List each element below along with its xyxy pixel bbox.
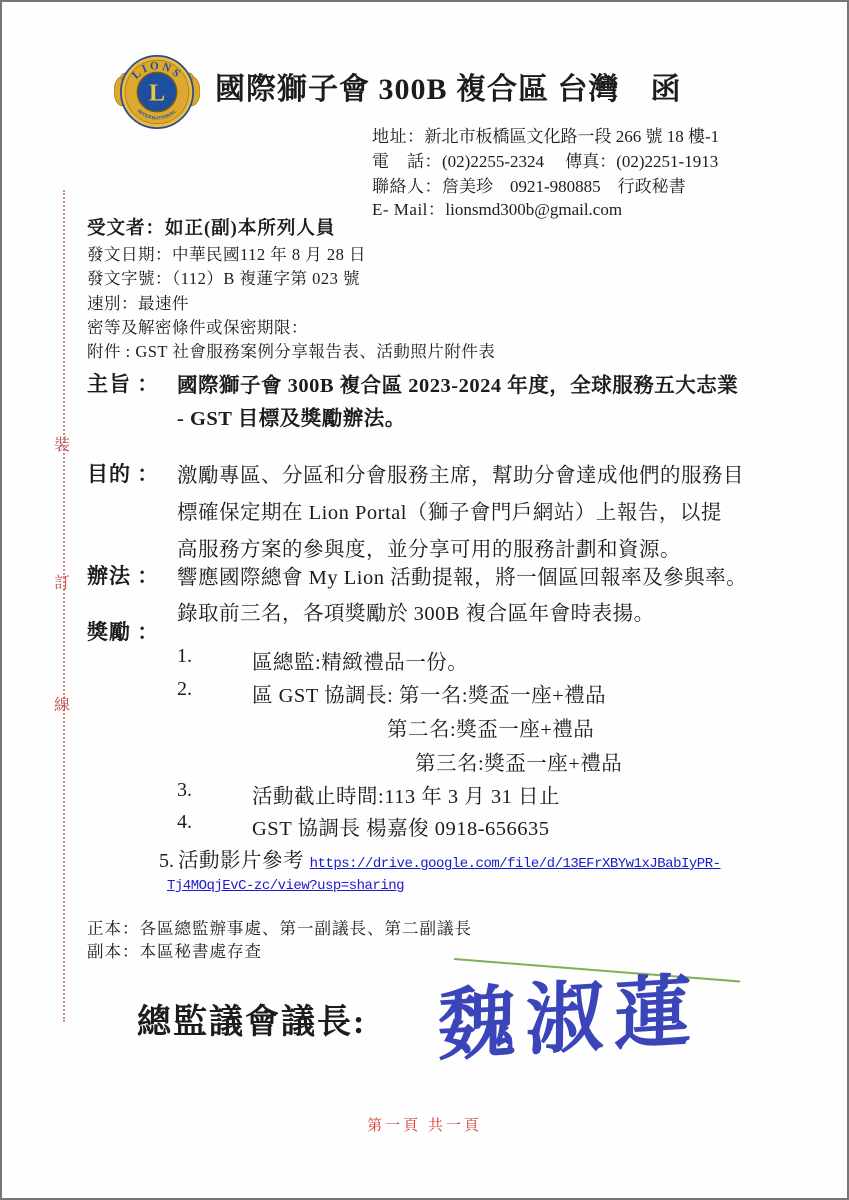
- subject-label: 主旨 ：: [87, 368, 159, 398]
- award-item-1-text: 區總監:精緻禮品一份。: [252, 645, 468, 675]
- purpose-label: 目的 ：: [87, 458, 159, 488]
- award-item-4-text: GST 協調長 楊嘉俊 0918-656635: [252, 811, 550, 841]
- method-line-2: 錄取前三名，各項獎勵於 300B 複合區年會時表揚。: [177, 596, 655, 626]
- contact-person-label: 聯絡人：: [372, 177, 442, 196]
- priority-line: 速別：最速件: [87, 290, 189, 314]
- document-page: 裝 訂 線 LIONS L INTERNATIONAL 國際獅子會 300B 複…: [0, 0, 849, 1200]
- contact-email: E- Mail：lionsmd300b@gmail.com: [372, 195, 622, 220]
- drive-video-link-line1[interactable]: https://drive.google.com/file/d/13EFrXBY…: [310, 856, 721, 872]
- subject-line-2: - GST 目標及獎勵辦法。: [177, 401, 406, 431]
- award-item-4-number: 4.: [177, 811, 192, 834]
- award-item-1-number: 1.: [177, 645, 192, 668]
- email-value: lionsmd300b@gmail.com: [445, 200, 622, 219]
- address-label: 地址：: [372, 127, 425, 146]
- binding-mark-ding: 訂: [54, 570, 70, 593]
- signature-stamp: 魏淑蓮: [438, 948, 703, 1076]
- binding-mark-zhuang: 裝: [54, 432, 70, 455]
- award-item-5-number: 5.: [159, 850, 174, 872]
- award-rank-3-text: 第三名:獎盃一座+禮品: [415, 746, 622, 776]
- contact-phone-fax: 電 話：(02)2255-2324 傳真：(02)2251-1913: [372, 147, 718, 172]
- reference-number-line: 發文字號：（112）B 複蓮字第 023 號: [87, 265, 360, 289]
- purpose-line-3: 高服務方案的參與度，並分享可用的服務計劃和資源。: [177, 532, 681, 562]
- method-line-1: 響應國際總會 My Lion 活動提報，將一個區回報率及參與率。: [177, 560, 747, 590]
- purpose-line-2: 標確保定期在 Lion Portal（獅子會門戶網站）上報告，以提: [177, 495, 722, 525]
- distribution-original-line: 正本：各區總監辦事處、第一副議長、第二副議長: [87, 915, 472, 939]
- award-item-2-text: 區 GST 協調長: 第一名:獎盃一座+禮品: [252, 678, 606, 708]
- phone-fax-value: (02)2255-2324 傳真：(02)2251-1913: [442, 152, 718, 171]
- purpose-line-1: 激勵專區、分區和分會服務主席，幫助分會達成他們的服務目: [177, 458, 744, 488]
- drive-video-link-line2[interactable]: Tj4MOqjEvC-zc/view?usp=sharing: [167, 878, 404, 894]
- subject-line-1: 國際獅子會 300B 複合區 2023-2024 年度，全球服務五大志業: [177, 368, 738, 398]
- contact-person: 聯絡人：詹美珍 0921-980885 行政秘書: [372, 172, 686, 197]
- award-item-3-text: 活動截止時間:113 年 3 月 31 日止: [252, 779, 560, 809]
- awards-label: 獎勵 ：: [87, 616, 159, 646]
- award-item-5-prefix: 活動影片參考: [178, 850, 310, 872]
- distribution-copy-line: 副本：本區秘書處存查: [87, 938, 262, 962]
- issue-date-line: 發文日期：中華民國112 年 8 月 28 日: [87, 241, 366, 265]
- email-label: E- Mail：: [372, 200, 445, 219]
- contact-address: 地址：新北市板橋區文化路一段 266 號 18 樓-1: [372, 122, 719, 147]
- address-value: 新北市板橋區文化路一段 266 號 18 樓-1: [425, 127, 720, 146]
- security-line: 密等及解密條件或保密期限：: [87, 314, 308, 338]
- attachment-line: 附件 : GST 社會服務案例分享報告表、活動照片附件表: [87, 338, 495, 362]
- award-item-3-number: 3.: [177, 779, 192, 802]
- page-number-footer: 第一頁 共一頁: [2, 1114, 847, 1135]
- binding-dotted-line: [63, 190, 65, 1022]
- contact-person-value: 詹美珍 0921-980885 行政秘書: [442, 177, 686, 196]
- lions-club-logo: LIONS L INTERNATIONAL: [114, 49, 200, 140]
- binding-mark-xian: 線: [54, 692, 70, 715]
- award-item-2-number: 2.: [177, 678, 192, 701]
- award-item-5: 5. 活動影片參考 https://drive.google.com/file/…: [159, 843, 721, 873]
- phone-label: 電 話：: [372, 152, 442, 171]
- recipient-line: 受文者：如正(副)本所列人員: [87, 214, 335, 240]
- document-title: 國際獅子會 300B 複合區 台灣 函: [215, 64, 682, 108]
- award-rank-2-text: 第二名:獎盃一座+禮品: [387, 712, 594, 742]
- signer-title-label: 總監議會議長:: [137, 994, 366, 1043]
- method-label: 辦法 ：: [87, 560, 159, 590]
- lions-emblem-icon: LIONS L INTERNATIONAL: [114, 49, 200, 135]
- svg-text:L: L: [149, 81, 165, 107]
